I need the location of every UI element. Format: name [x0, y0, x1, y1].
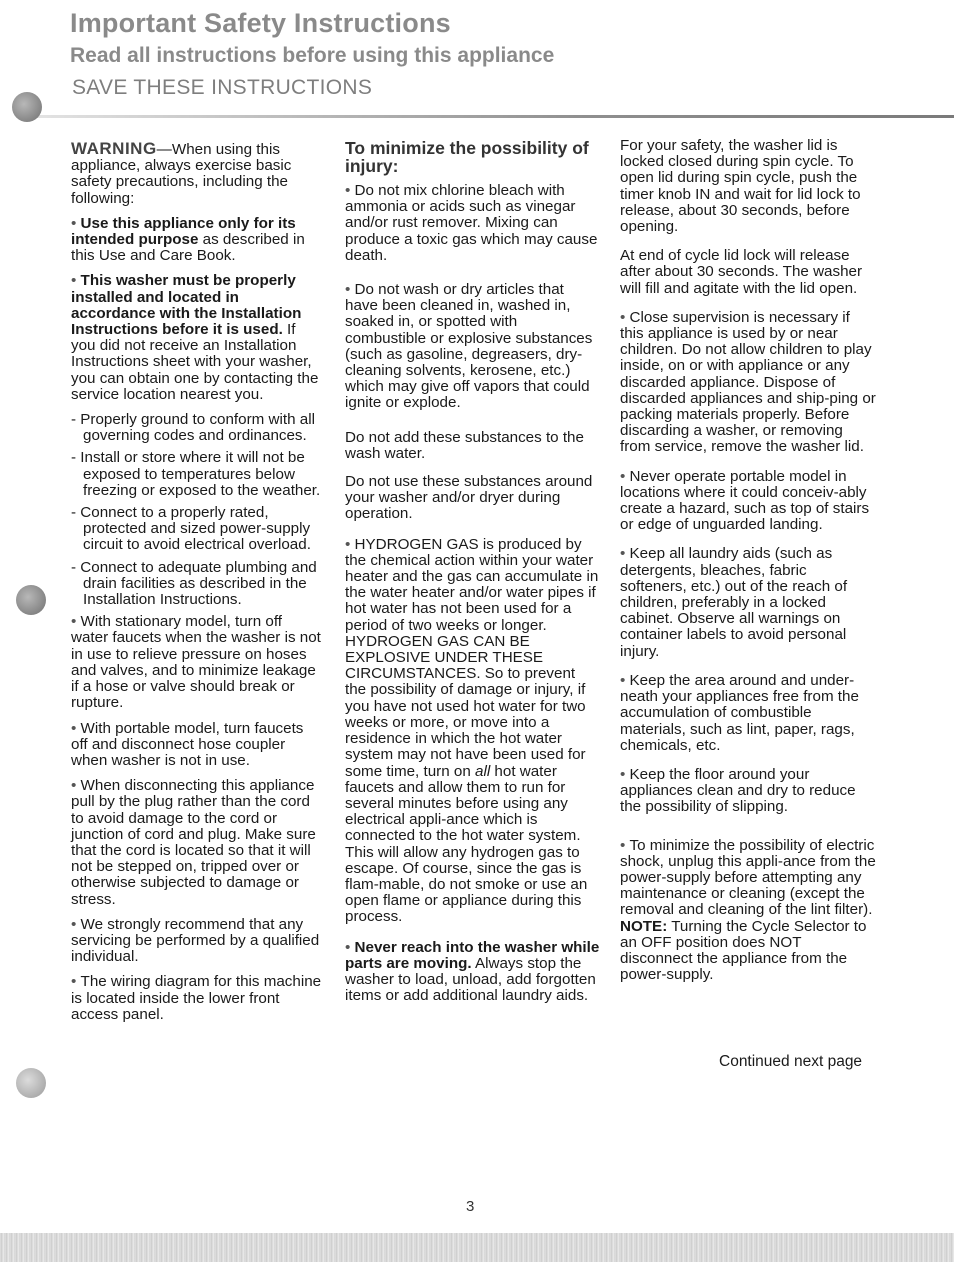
punch-hole-icon	[16, 585, 46, 615]
end-cycle-paragraph: At end of cycle lid lock will release af…	[620, 248, 876, 297]
list-item: The wiring diagram for this machine is l…	[71, 974, 323, 1023]
never-reach-item: Never reach into the washer while parts …	[345, 940, 600, 1005]
warning-paragraph: WARNING—When using this appliance, alway…	[71, 141, 323, 207]
dash-item: - Install or store where it will not be …	[71, 450, 323, 499]
dash-item: - Connect to adequate plumbing and drain…	[71, 560, 323, 609]
list-item: Keep the area around and under-neath you…	[620, 673, 876, 754]
list-item: We strongly recommend that any servicing…	[71, 917, 323, 966]
installation-item: This washer must be properly installed a…	[71, 273, 323, 403]
list-item: Do not mix chlorine bleach with ammonia …	[345, 183, 600, 264]
page-subtitle: Read all instructions before using this …	[70, 44, 554, 68]
list-item: Close supervision is necessary if this a…	[620, 310, 876, 456]
warning-label: WARNING	[71, 139, 157, 158]
lid-lock-paragraph: For your safety, the washer lid is locke…	[620, 138, 876, 235]
dash-item: - Connect to a properly rated, protected…	[71, 505, 323, 554]
list-item: With portable model, turn faucets off an…	[71, 721, 323, 770]
paragraph: Do not use these substances around your …	[345, 474, 600, 523]
list-item: Keep the floor around your appliances cl…	[620, 767, 876, 816]
column-middle: To minimize the possibility of injury: D…	[345, 139, 600, 1013]
column-right: For your safety, the washer lid is locke…	[620, 138, 876, 992]
paragraph: Do not add these substances to the wash …	[345, 430, 600, 462]
note-paragraph: NOTE: Turning the Cycle Selector to an O…	[620, 919, 876, 984]
dash-item: - Properly ground to conform with all go…	[71, 412, 323, 444]
list-item: When disconnecting this appliance pull b…	[71, 778, 323, 908]
hydrogen-gas-item: HYDROGEN GAS is produced by the chemical…	[345, 537, 600, 926]
header-rule	[30, 115, 954, 118]
list-item: Keep all laundry aids (such as detergent…	[620, 546, 876, 659]
intended-purpose-item: Use this appliance only for its intended…	[71, 216, 323, 265]
injury-heading: To minimize the possibility of injury:	[345, 139, 600, 175]
save-instructions-heading: SAVE THESE INSTRUCTIONS	[72, 76, 372, 100]
note-label: NOTE:	[620, 918, 667, 935]
punch-hole-icon	[12, 92, 42, 122]
continued-next-page: Continued next page	[719, 1053, 862, 1071]
scan-edge-noise	[0, 1233, 954, 1262]
list-item: Never operate portable model in location…	[620, 469, 876, 534]
list-item: With stationary model, turn off water fa…	[71, 614, 323, 711]
list-item: To minimize the possibility of electric …	[620, 838, 876, 919]
punch-hole-icon	[16, 1068, 46, 1098]
list-item: Do not wash or dry articles that have be…	[345, 282, 600, 412]
page-title: Important Safety Instructions	[70, 8, 451, 39]
page-number: 3	[466, 1198, 474, 1215]
column-left: WARNING—When using this appliance, alway…	[71, 141, 323, 1032]
